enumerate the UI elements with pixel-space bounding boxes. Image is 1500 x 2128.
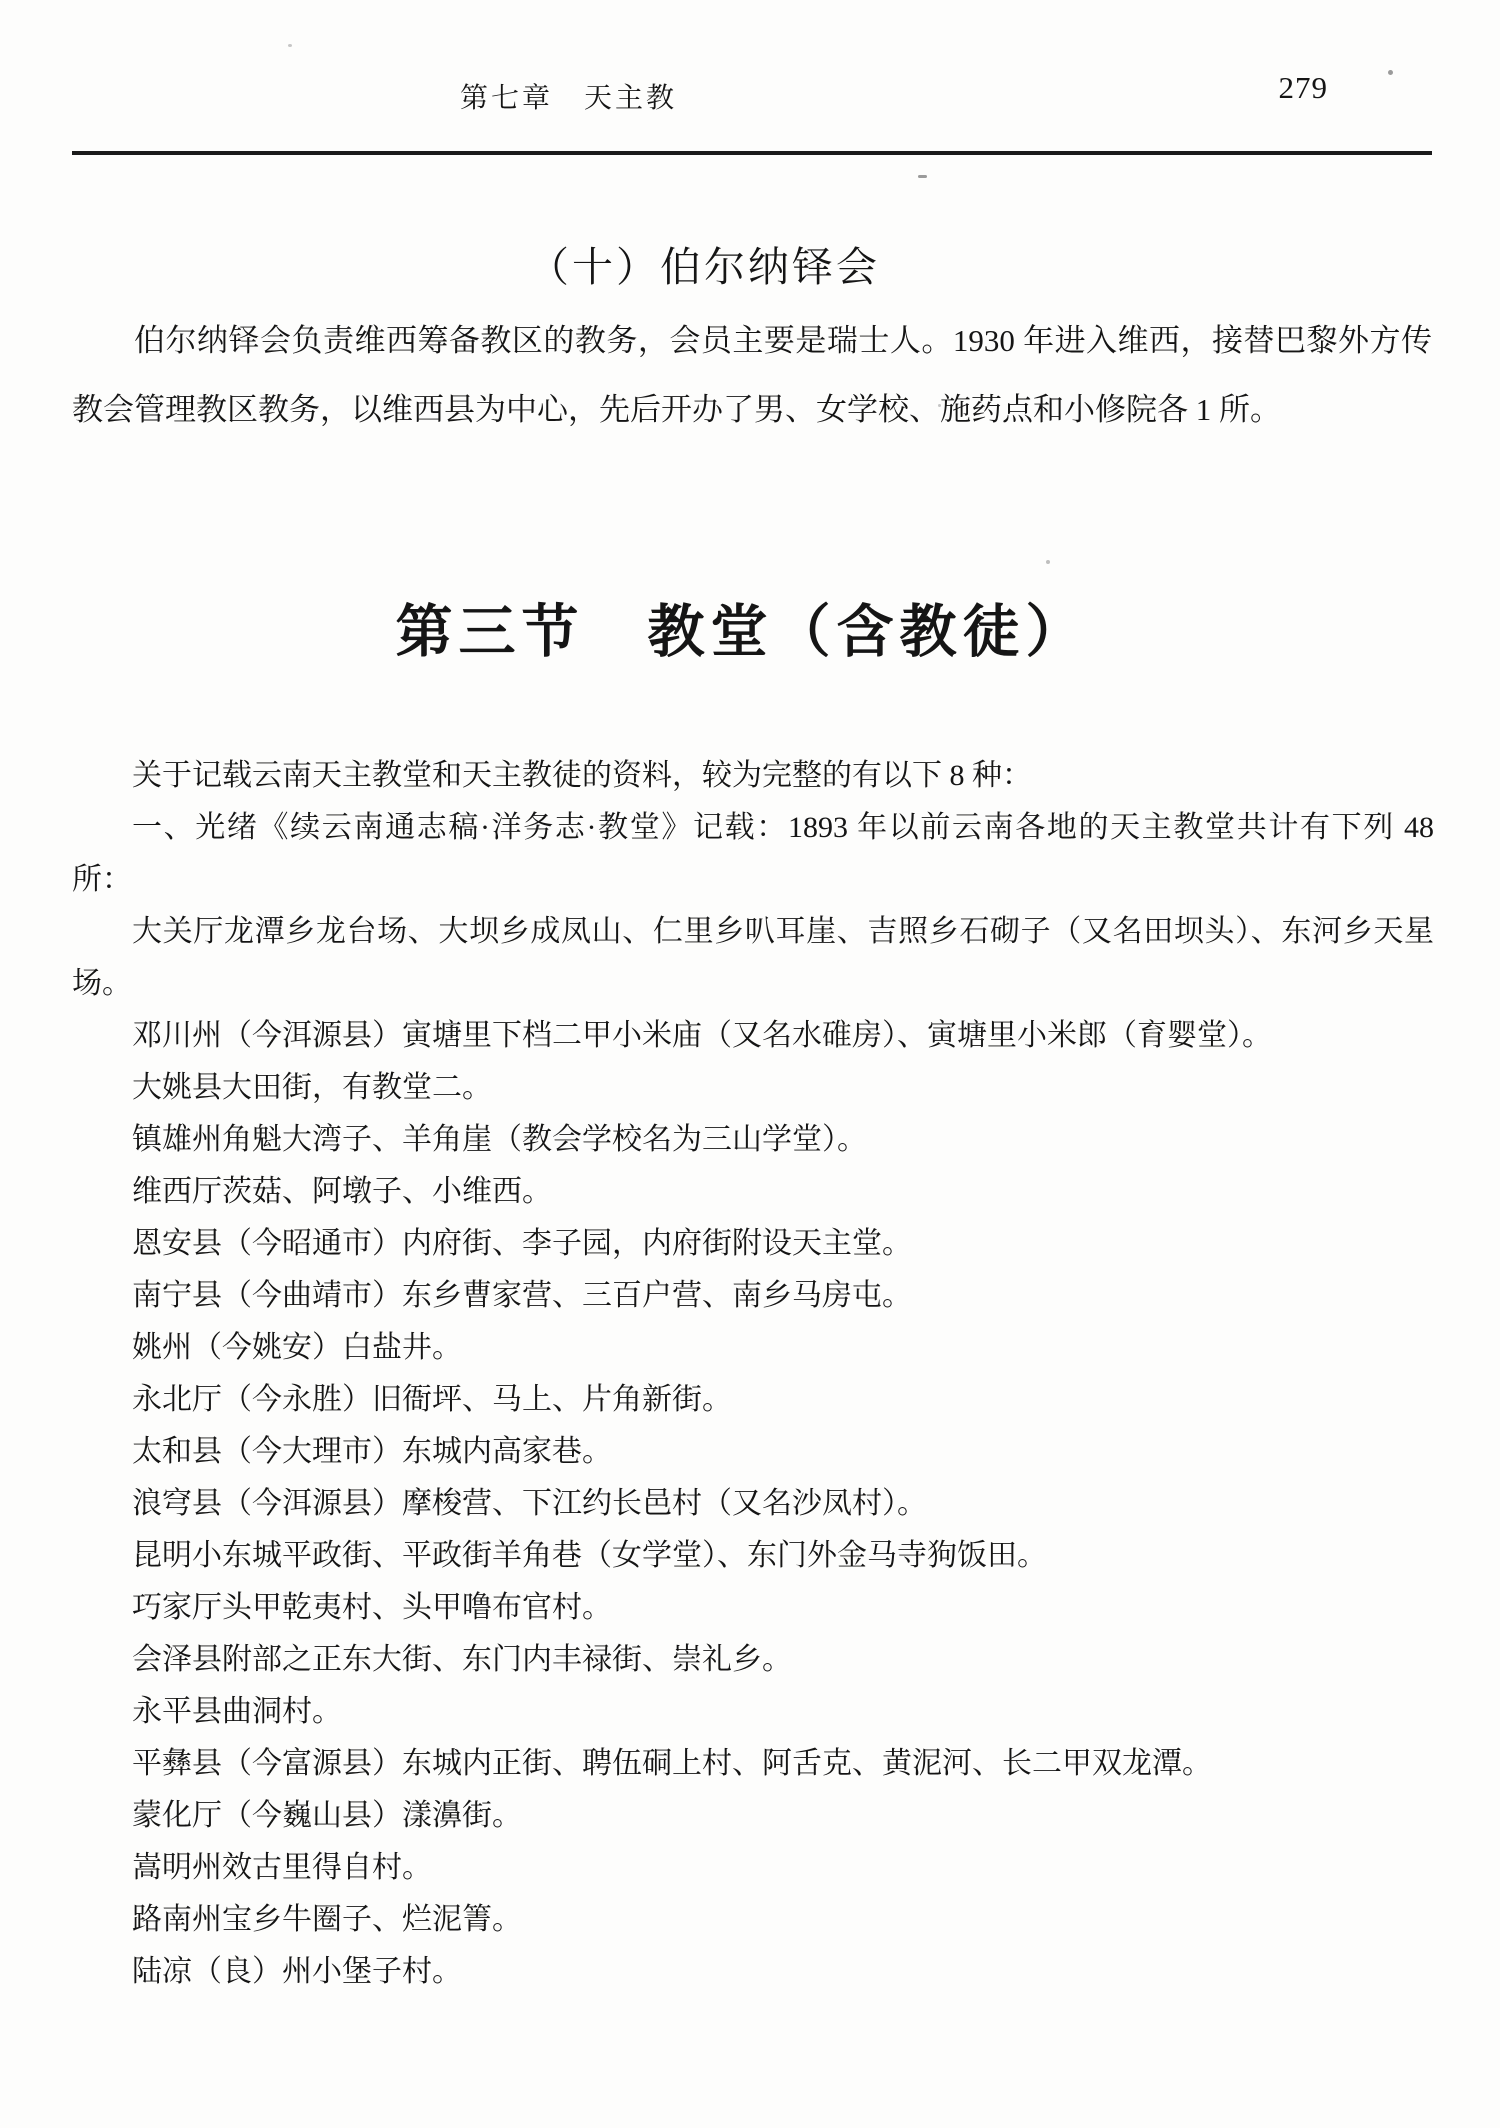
location-entry-yongbei: 永北厅（今永胜）旧衙坪、马上、片角新街。: [72, 1374, 1434, 1426]
scan-speck: [288, 44, 292, 47]
page-number: 279: [1279, 70, 1329, 106]
header-rule: [72, 151, 1432, 155]
location-entry-menghua: 蒙化厅（今巍山县）漾濞街。: [72, 1790, 1434, 1842]
location-entry-yaozhou: 姚州（今姚安）白盐井。: [72, 1322, 1434, 1374]
location-entry-dayao: 大姚县大田街，有教堂二。: [72, 1062, 1434, 1114]
paragraph-source: 一、光绪《续云南通志稿·洋务志·教堂》记载：1893 年以前云南各地的天主教堂共…: [72, 802, 1434, 906]
location-entry-weixi: 维西厅茨菇、阿墩子、小维西。: [72, 1166, 1434, 1218]
location-entry-luliang: 陆凉（良）州小堡子村。: [72, 1946, 1434, 1998]
scan-speck: [918, 175, 927, 178]
subsection-title: （十）伯尔纳铎会: [0, 234, 1454, 293]
running-header-chapter: 第七章 天主教: [460, 76, 677, 116]
section-body: 关于记载云南天主教堂和天主教徒的资料，较为完整的有以下 8 种： 一、光绪《续云…: [72, 750, 1434, 1998]
location-entry-enan: 恩安县（今昭通市）内府街、李子园，内府街附设天主堂。: [72, 1218, 1434, 1270]
location-entry-qiaojia: 巧家厅头甲乾夷村、头甲噜布官村。: [72, 1582, 1434, 1634]
scan-speck: [1046, 560, 1050, 564]
subsection-paragraph: 伯尔纳铎会负责维西筹备教区的教务，会员主要是瑞士人。1930 年进入维西，接替巴…: [72, 306, 1432, 444]
location-entry-dengchuan: 邓川州（今洱源县）寅塘里下档二甲小米庙（又名水碓房）、寅塘里小米郎（育婴堂）。: [72, 1010, 1434, 1062]
section-heading: 第三节 教堂（含教徒）: [0, 586, 1492, 668]
location-entry-nanning: 南宁县（今曲靖市）东乡曹家营、三百户营、南乡马房屯。: [72, 1270, 1434, 1322]
scan-speck: [1388, 70, 1393, 75]
location-entry-kunming: 昆明小东城平政街、平政街羊角巷（女学堂）、东门外金马寺狗饭田。: [72, 1530, 1434, 1582]
location-entry-lunan: 路南州宝乡牛圈子、烂泥箐。: [72, 1894, 1434, 1946]
location-entry-songming: 嵩明州效古里得自村。: [72, 1842, 1434, 1894]
location-entry-pingyi: 平彝县（今富源县）东城内正街、聘伍硐上村、阿舌克、黄泥河、长二甲双龙潭。: [72, 1738, 1434, 1790]
location-entry-huize: 会泽县附部之正东大街、东门内丰禄街、崇礼乡。: [72, 1634, 1434, 1686]
location-entry-yongping: 永平县曲洞村。: [72, 1686, 1434, 1738]
book-page: 第七章 天主教 279 （十）伯尔纳铎会 伯尔纳铎会负责维西筹备教区的教务，会员…: [0, 0, 1500, 2128]
location-entry-taihe: 太和县（今大理市）东城内高家巷。: [72, 1426, 1434, 1478]
location-entry-zhenxiong: 镇雄州角魁大湾子、羊角崖（教会学校名为三山学堂）。: [72, 1114, 1434, 1166]
scan-speck: [938, 404, 941, 407]
location-entry-langqiong: 浪穹县（今洱源县）摩梭营、下江约长邑村（又名沙凤村）。: [72, 1478, 1434, 1530]
paragraph-intro: 关于记载云南天主教堂和天主教徒的资料，较为完整的有以下 8 种：: [72, 750, 1434, 802]
location-entry-daguan: 大关厅龙潭乡龙台场、大坝乡成凤山、仁里乡叭耳崖、吉照乡石砌子（又名田坝头）、东河…: [72, 906, 1434, 1010]
